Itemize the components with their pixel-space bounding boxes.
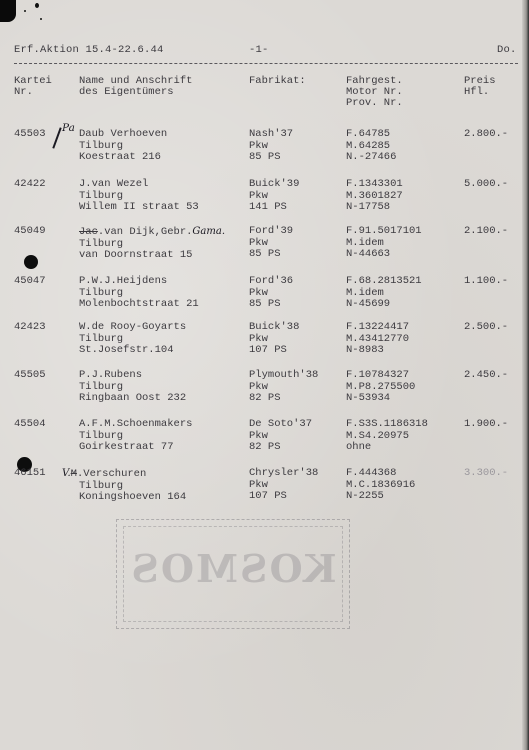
price: 1.900.- bbox=[464, 419, 508, 431]
kartei-number: 45049 bbox=[14, 226, 46, 238]
price: 1.100.- bbox=[464, 276, 508, 288]
page-number: -1- bbox=[249, 44, 269, 56]
vehicle-numbers: F.64785 M.64285 N.-27466 bbox=[346, 129, 396, 164]
owner-street: Goirkestraat 77 bbox=[79, 442, 192, 454]
vehicle-make: Chrysler'38 Pkw 107 PS bbox=[249, 468, 318, 503]
record-row: 45503 Pa Daub Verhoeven Tilburg Koestraa… bbox=[0, 129, 522, 169]
owner-name: Daub Verhoeven bbox=[79, 129, 167, 141]
owner-address: Daub Verhoeven Tilburg Koestraat 216 bbox=[79, 129, 167, 164]
owner-name: P.J.Rubens bbox=[79, 370, 186, 382]
record-row: 45047 P.W.J.Heijdens Tilburg Molenbochts… bbox=[0, 276, 522, 316]
punch-hole bbox=[24, 255, 38, 269]
owner-street: Ringbaan Oost 232 bbox=[79, 393, 186, 405]
owner-name: V.M.Verschuren bbox=[62, 468, 186, 481]
owner-street: Molenbochtstraat 21 bbox=[79, 299, 199, 311]
place-code: Do. bbox=[497, 44, 517, 56]
column-header-fahrgestell: Fahrgest. Motor Nr. Prov. Nr. bbox=[346, 76, 403, 109]
price: 5.000.- bbox=[464, 179, 508, 191]
record-row: 45049 Jac.van Dijk,Gebr.Gama. Tilburg va… bbox=[0, 226, 522, 266]
vehicle-numbers: F.91.5017101 M.idem N-44663 bbox=[346, 226, 422, 261]
watermark-text: KOSMOS bbox=[117, 546, 349, 591]
pen-stroke bbox=[52, 127, 61, 148]
vehicle-make: Nash'37 Pkw 85 PS bbox=[249, 129, 293, 164]
owner-street: Willem II straat 53 bbox=[79, 202, 199, 214]
owner-address: A.F.M.Schoenmakers Tilburg Goirkestraat … bbox=[79, 419, 192, 454]
kartei-number: 46151 bbox=[14, 468, 46, 480]
document-title: Erf.Aktion 15.4-22.6.44 bbox=[14, 44, 164, 56]
header-divider bbox=[14, 63, 518, 64]
record-row: 42422 J.van Wezel Tilburg Willem II stra… bbox=[0, 179, 522, 219]
owner-name: A.F.M.Schoenmakers bbox=[79, 419, 192, 431]
owner-street: Koestraat 216 bbox=[79, 152, 167, 164]
owner-address: W.de Rooy-Goyarts Tilburg St.Josefstr.10… bbox=[79, 322, 186, 357]
owner-address: Jac.van Dijk,Gebr.Gama. Tilburg van Door… bbox=[79, 226, 225, 262]
kartei-number: 45503 bbox=[14, 129, 46, 141]
vehicle-numbers: F.1343301 M.3601827 N-17758 bbox=[346, 179, 403, 214]
kartei-number: 45047 bbox=[14, 276, 46, 288]
ink-speck bbox=[24, 10, 26, 12]
price: 2.800.- bbox=[464, 129, 508, 141]
struck-initial: Jac bbox=[79, 226, 98, 238]
vehicle-numbers: F.10784327 M.P8.275500 N-53934 bbox=[346, 370, 415, 405]
price: 2.500.- bbox=[464, 322, 508, 334]
column-header-kartei: Kartei Nr. bbox=[14, 76, 52, 98]
vehicle-make: Buick'38 Pkw 107 PS bbox=[249, 322, 299, 357]
page-edge-shadow bbox=[522, 0, 529, 750]
kartei-number: 42422 bbox=[14, 179, 46, 191]
owner-name: J.van Wezel bbox=[79, 179, 199, 191]
ink-speck bbox=[35, 3, 39, 8]
column-header-preis: Preis Hfl. bbox=[464, 76, 496, 98]
price: 2.100.- bbox=[464, 226, 508, 238]
column-header-name: Name und Anschrift des Eigentümers bbox=[79, 76, 192, 98]
kartei-number: 42423 bbox=[14, 322, 46, 334]
document-page: Erf.Aktion 15.4-22.6.44 -1- Do. Kartei N… bbox=[0, 0, 522, 750]
owner-street: Koningshoeven 164 bbox=[62, 492, 186, 504]
kartei-number: 45504 bbox=[14, 419, 46, 431]
handwritten-annotation: Pa bbox=[62, 123, 75, 135]
kartei-number: 45505 bbox=[14, 370, 46, 382]
owner-name: P.W.J.Heijdens bbox=[79, 276, 199, 288]
ink-speck bbox=[40, 18, 42, 20]
owner-address: P.J.Rubens Tilburg Ringbaan Oost 232 bbox=[79, 370, 186, 405]
owner-address: V.M.Verschuren Tilburg Koningshoeven 164 bbox=[62, 468, 186, 504]
owner-name: W.de Rooy-Goyarts bbox=[79, 322, 186, 334]
record-row: 45504 A.F.M.Schoenmakers Tilburg Goirkes… bbox=[0, 419, 522, 459]
vehicle-numbers: F.S3S.1186318 M.S4.20975 ohne bbox=[346, 419, 428, 454]
vehicle-make: De Soto'37 Pkw 82 PS bbox=[249, 419, 312, 454]
kosmos-watermark: KOSMOS bbox=[116, 519, 350, 629]
vehicle-numbers: F.68.2813521 M.idem N-45699 bbox=[346, 276, 422, 311]
vehicle-numbers: F.13224417 M.43412770 N-8983 bbox=[346, 322, 409, 357]
corner-ink-blot bbox=[0, 0, 16, 22]
owner-street: van Doornstraat 15 bbox=[79, 250, 225, 262]
vehicle-numbers: F.444368 M.C.1836916 N-2255 bbox=[346, 468, 415, 503]
record-row: 46151 V.M.Verschuren Tilburg Koningshoev… bbox=[0, 468, 522, 508]
vehicle-make: Ford'36 Pkw 85 PS bbox=[249, 276, 293, 311]
price: 2.450.- bbox=[464, 370, 508, 382]
price: 3.300.- bbox=[464, 468, 508, 480]
record-row: 45505 P.J.Rubens Tilburg Ringbaan Oost 2… bbox=[0, 370, 522, 410]
vehicle-make: Plymouth'38 Pkw 82 PS bbox=[249, 370, 318, 405]
vehicle-make: Ford'39 Pkw 85 PS bbox=[249, 226, 293, 261]
column-header-fabrikat: Fabrikat: bbox=[249, 76, 306, 87]
owner-name: Jac.van Dijk,Gebr.Gama. bbox=[79, 226, 225, 239]
handwritten-initial: V. bbox=[62, 468, 71, 479]
vehicle-make: Buick'39 Pkw 141 PS bbox=[249, 179, 299, 214]
handwritten-name: Gama. bbox=[192, 226, 225, 237]
owner-street: St.Josefstr.104 bbox=[79, 345, 186, 357]
record-row: 42423 W.de Rooy-Goyarts Tilburg St.Josef… bbox=[0, 322, 522, 362]
owner-address: P.W.J.Heijdens Tilburg Molenbochtstraat … bbox=[79, 276, 199, 311]
owner-address: J.van Wezel Tilburg Willem II straat 53 bbox=[79, 179, 199, 214]
